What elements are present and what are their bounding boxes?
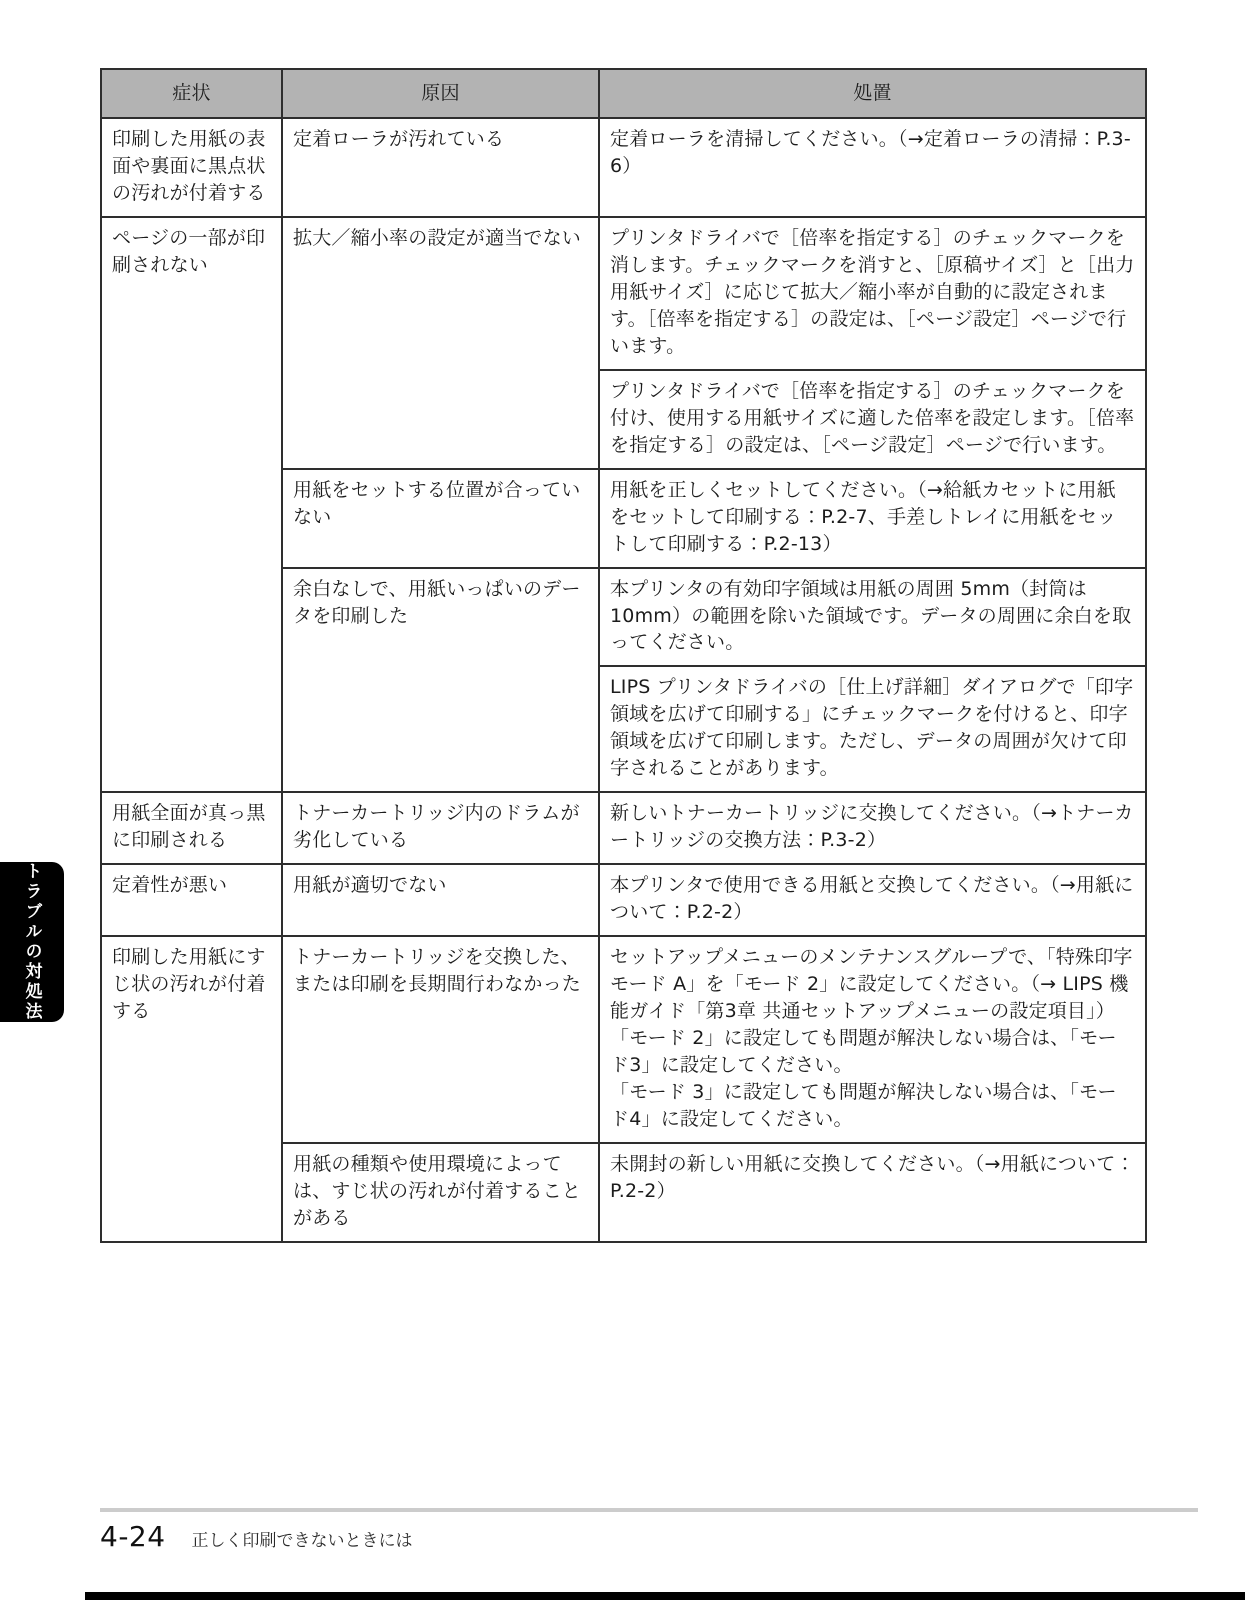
remedy-cell: 定着ローラを清掃してください。（→定着ローラの清掃：P.3-6）	[599, 118, 1146, 217]
page-footer: 4-24 正しく印刷できないときには	[100, 1520, 413, 1553]
table-row: 印刷した用紙にすじ状の汚れが付着する トナーカートリッジを交換した、または印刷を…	[101, 936, 1146, 1143]
symptom-cell: 印刷した用紙の表面や裏面に黒点状の汚れが付着する	[101, 118, 282, 217]
cause-cell: 定着ローラが汚れている	[282, 118, 599, 217]
troubleshooting-table: 症状 原因 処置 印刷した用紙の表面や裏面に黒点状の汚れが付着する 定着ローラが…	[100, 68, 1147, 1243]
cause-cell: トナーカートリッジ内のドラムが劣化している	[282, 792, 599, 864]
remedy-cell: プリンタドライバで［倍率を指定する］のチェックマークを消します。チェックマークを…	[599, 217, 1146, 370]
footer-section-title: 正しく印刷できないときには	[192, 1526, 413, 1551]
remedy-cell: セットアップメニューのメンテナンスグループで、「特殊印字モード A」を「モード …	[599, 936, 1146, 1143]
bottom-edge-bar	[85, 1592, 1245, 1600]
header-symptom: 症状	[101, 69, 282, 118]
table-header-row: 症状 原因 処置	[101, 69, 1146, 118]
page-number: 4-24	[100, 1520, 166, 1553]
manual-page: 症状 原因 処置 印刷した用紙の表面や裏面に黒点状の汚れが付着する 定着ローラが…	[0, 0, 1245, 1600]
remedy-cell: プリンタドライバで［倍率を指定する］のチェックマークを付け、使用する用紙サイズに…	[599, 370, 1146, 469]
symptom-cell: 用紙全面が真っ黒に印刷される	[101, 792, 282, 864]
cause-cell: 用紙が適切でない	[282, 864, 599, 936]
chapter-tab-label: トラブルの対処法	[20, 862, 45, 1022]
footer-divider	[100, 1508, 1198, 1512]
table-row: ページの一部が印刷されない 拡大／縮小率の設定が適当でない プリンタドライバで［…	[101, 217, 1146, 370]
table-row: 用紙全面が真っ黒に印刷される トナーカートリッジ内のドラムが劣化している 新しい…	[101, 792, 1146, 864]
symptom-cell: 印刷した用紙にすじ状の汚れが付着する	[101, 936, 282, 1242]
table-row: 定着性が悪い 用紙が適切でない 本プリンタで使用できる用紙と交換してください。（…	[101, 864, 1146, 936]
remedy-cell: 未開封の新しい用紙に交換してください。（→用紙について：P.2-2）	[599, 1143, 1146, 1242]
cause-cell: 余白なしで、用紙いっぱいのデータを印刷した	[282, 568, 599, 793]
remedy-cell: 新しいトナーカートリッジに交換してください。（→トナーカートリッジの交換方法：P…	[599, 792, 1146, 864]
cause-cell: 拡大／縮小率の設定が適当でない	[282, 217, 599, 469]
remedy-cell: 本プリンタで使用できる用紙と交換してください。（→用紙について：P.2-2）	[599, 864, 1146, 936]
remedy-cell: 用紙を正しくセットしてください。（→給紙カセットに用紙をセットして印刷する：P.…	[599, 469, 1146, 568]
symptom-cell: ページの一部が印刷されない	[101, 217, 282, 792]
cause-cell: トナーカートリッジを交換した、または印刷を長期間行わなかった	[282, 936, 599, 1143]
remedy-cell: 本プリンタの有効印字領域は用紙の周囲 5mm（封筒は10mm）の範囲を除いた領域…	[599, 568, 1146, 667]
cause-cell: 用紙をセットする位置が合っていない	[282, 469, 599, 568]
header-cause: 原因	[282, 69, 599, 118]
header-remedy: 処置	[599, 69, 1146, 118]
cause-cell: 用紙の種類や使用環境によっては、すじ状の汚れが付着することがある	[282, 1143, 599, 1242]
symptom-cell: 定着性が悪い	[101, 864, 282, 936]
remedy-cell: LIPS プリンタドライバの［仕上げ詳細］ダイアログで「印字領域を広げて印刷する…	[599, 666, 1146, 792]
chapter-tab: トラブルの対処法	[0, 862, 64, 1022]
table-row: 印刷した用紙の表面や裏面に黒点状の汚れが付着する 定着ローラが汚れている 定着ロ…	[101, 118, 1146, 217]
